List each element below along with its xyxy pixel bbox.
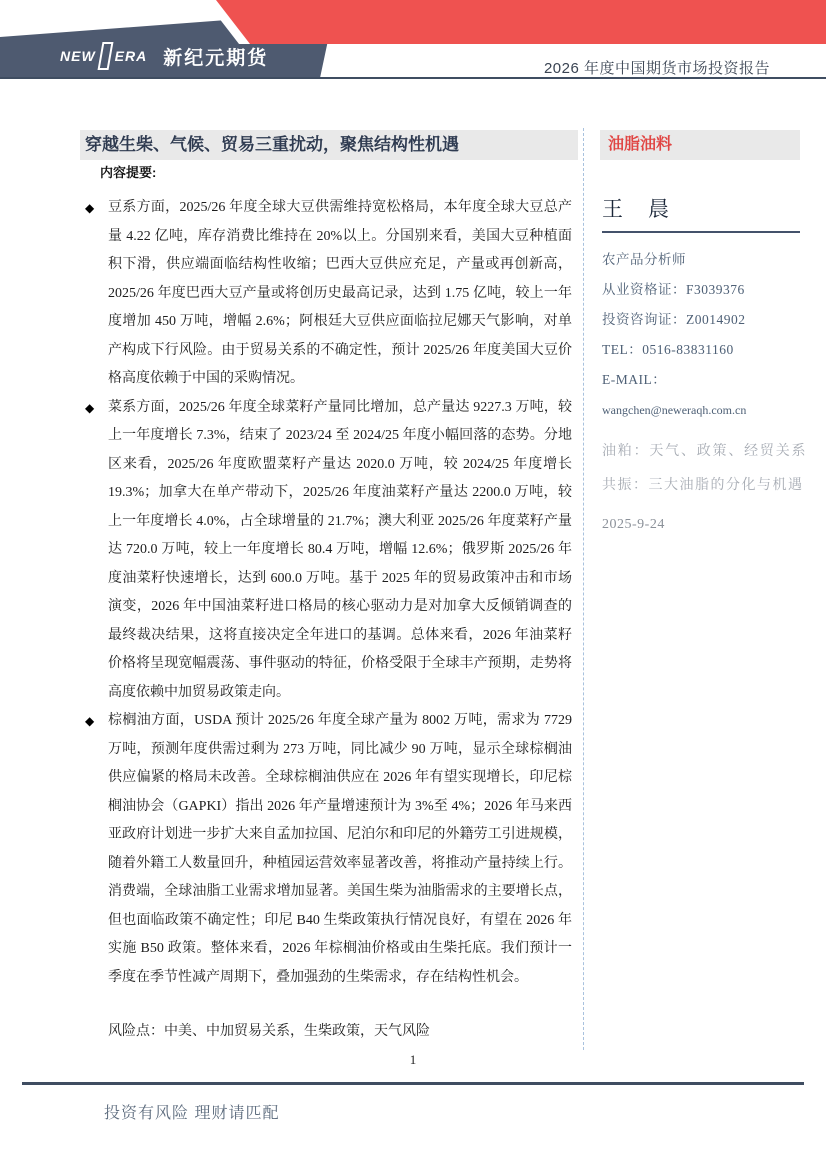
analyst-sidebar: 王 晨 农产品分析师 从业资格证：F3039376 投资咨询证：Z0014902… [602,196,807,533]
logo-numeral-one-icon [97,42,113,70]
report-page: NEW ERA 新纪元期货 2026 年度中国期货市场投资报告 穿越生柴、气候、… [0,0,826,1161]
analyst-email-label: E-MAIL： [602,365,807,395]
footer-rule [22,1082,804,1085]
summary-list: ◆ 豆系方面，2025/26 年度全球大豆供需维持宽松格局，本年度全球大豆总产量… [85,194,572,1047]
analyst-job-title: 农产品分析师 [602,245,807,275]
bullet-text: 豆系方面，2025/26 年度全球大豆供需维持宽松格局，本年度全球大豆总产量 4… [108,194,572,394]
logo-company-name: 新纪元期货 [163,43,268,70]
summary-bullet-palm-oil: ◆ 棕榈油方面，USDA 预计 2025/26 年度全球产量为 8002 万吨，… [85,707,572,992]
column-separator [583,128,584,1050]
bullet-diamond-icon: ◆ [85,194,108,394]
analyst-practice-cert: 从业资格证：F3039376 [602,275,807,305]
bullet-text: 菜系方面，2025/26 年度全球菜籽产量同比增加，总产量达 9227.3 万吨… [108,394,572,708]
analyst-email-address: wangchen@neweraqh.com.cn [602,395,807,425]
risk-note: 风险点：中美、中加贸易关系，生柴政策，天气风险 [85,1018,572,1047]
page-number: 1 [0,1052,826,1068]
analyst-advisory-cert: 投资咨询证：Z0014902 [602,305,807,335]
summary-bullet-soybean: ◆ 豆系方面，2025/26 年度全球大豆供需维持宽松格局，本年度全球大豆总产量… [85,194,572,394]
bullet-diamond-icon: ◆ [85,394,108,708]
analyst-name: 王 晨 [602,196,807,222]
analyst-phone: TEL：0516-83831160 [602,335,807,365]
analyst-name-rule [602,231,800,233]
article-title: 穿越生柴、气候、贸易三重扰动，聚焦结构性机遇 [80,130,578,160]
bullet-text: 棕榈油方面，USDA 预计 2025/26 年度全球产量为 8002 万吨，需求… [108,707,572,992]
logo-word-new: NEW [60,48,96,64]
report-date: 2025-9-24 [602,517,807,533]
bullet-diamond-icon: ◆ [85,707,108,992]
summary-bullet-rapeseed: ◆ 菜系方面，2025/26 年度全球菜籽产量同比增加，总产量达 9227.3 … [85,394,572,708]
company-logo: NEW ERA 新纪元期货 [60,42,268,70]
logo-word-era: ERA [115,48,148,64]
related-report-title: 油粕：天气、政策、经贸关系共振：三大油脂的分化与机遇 [602,435,807,503]
category-label: 油脂油料 [600,130,800,160]
report-series-title: 2026 年度中国期货市场投资报告 [544,57,770,78]
summary-label: 内容提要: [100,162,156,181]
footer-disclaimer: 投资有风险 理财请匹配 [104,1100,279,1123]
page-header: NEW ERA 新纪元期货 2026 年度中国期货市场投资报告 [0,0,826,110]
